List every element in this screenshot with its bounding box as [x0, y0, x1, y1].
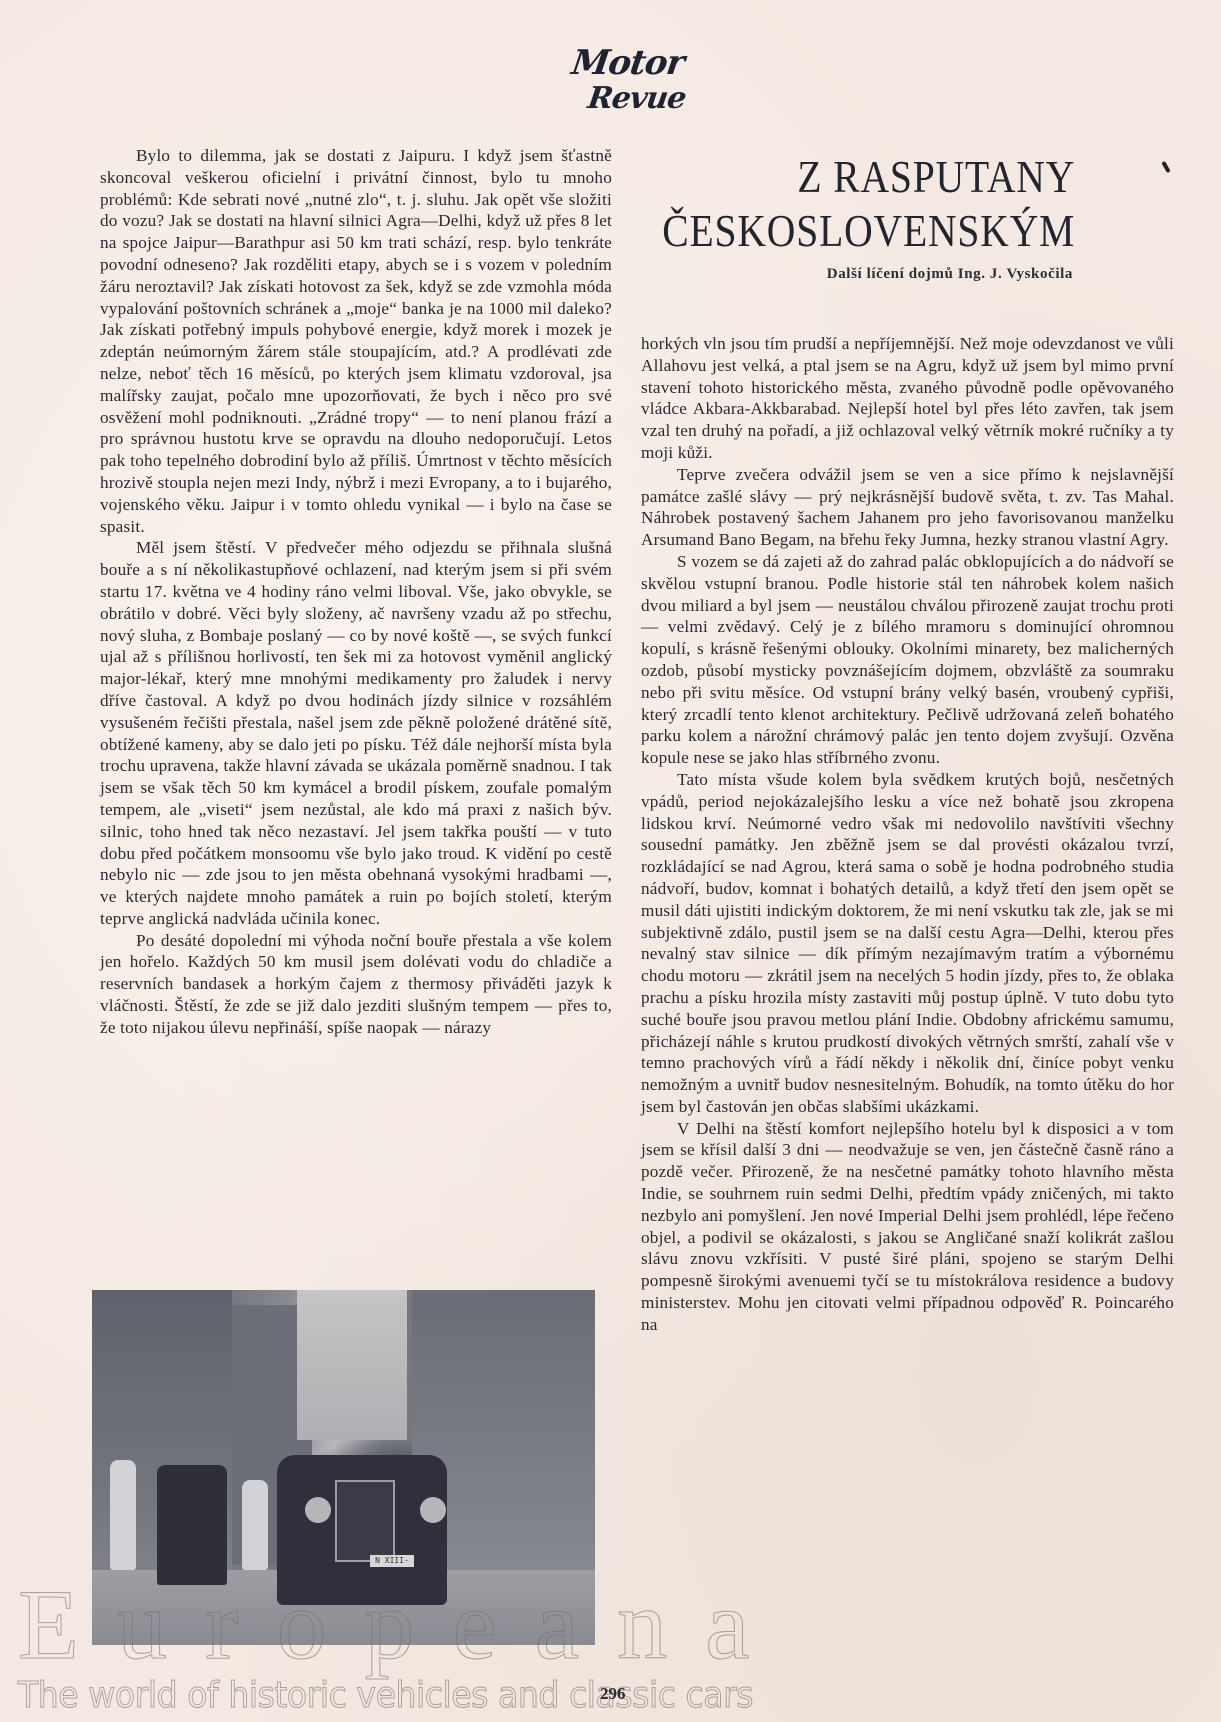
paragraph: Bylo to dilemma, jak se dostati z Jaipur…	[100, 145, 612, 537]
paragraph: Tato místa všude kolem byla svědkem krut…	[641, 769, 1174, 1118]
page-number: 296	[600, 1684, 626, 1704]
paragraph: S vozem se dá zajeti až do zahrad palác …	[641, 551, 1174, 769]
article-title: Z RASPUTANY ČESKOSLOVENSKÝM	[662, 150, 1075, 258]
photo-person	[242, 1480, 268, 1570]
masthead-line-2: Revue	[586, 84, 688, 114]
article-title-line-1: Z RASPUTANY	[662, 150, 1075, 204]
watermark-logo: Europeana	[18, 1575, 788, 1675]
photo-license-plate: N XIII-145	[370, 1555, 414, 1567]
paragraph: V Delhi na štěstí komfort nejlepšího hot…	[641, 1118, 1174, 1336]
photo-car-headlamp	[305, 1497, 331, 1523]
masthead-line-1: Motor	[570, 46, 686, 80]
photo-car-grille	[335, 1480, 395, 1562]
photo-person	[157, 1465, 227, 1585]
paragraph: horkých vln jsou tím prudší a nepříjemně…	[641, 333, 1174, 464]
photo-person	[110, 1460, 136, 1570]
left-text-column: Bylo to dilemma, jak se dostati z Jaipur…	[100, 145, 612, 1039]
paragraph: Měl jsem štěstí. V předvečer mého odjezd…	[100, 537, 612, 929]
photo-car-headlamp	[420, 1497, 446, 1523]
article-subtitle: Další líčení dojmů Ing. J. Vyskočila	[827, 266, 1073, 283]
paragraph: Teprve zvečera odvážil jsem se ven a sic…	[641, 464, 1174, 551]
watermark-text: The world of historic vehicles and class…	[18, 1675, 753, 1716]
motor-revue-masthead-logo: Motor Revue	[566, 46, 696, 124]
right-text-column: horkých vln jsou tím prudší a nepříjemně…	[641, 333, 1174, 1336]
print-mark	[1161, 161, 1170, 173]
paragraph: Po desáté dopolední mi výhoda noční bouř…	[100, 930, 612, 1039]
article-title-line-2: ČESKOSLOVENSKÝM	[662, 204, 1075, 258]
photo-sky	[297, 1290, 407, 1440]
